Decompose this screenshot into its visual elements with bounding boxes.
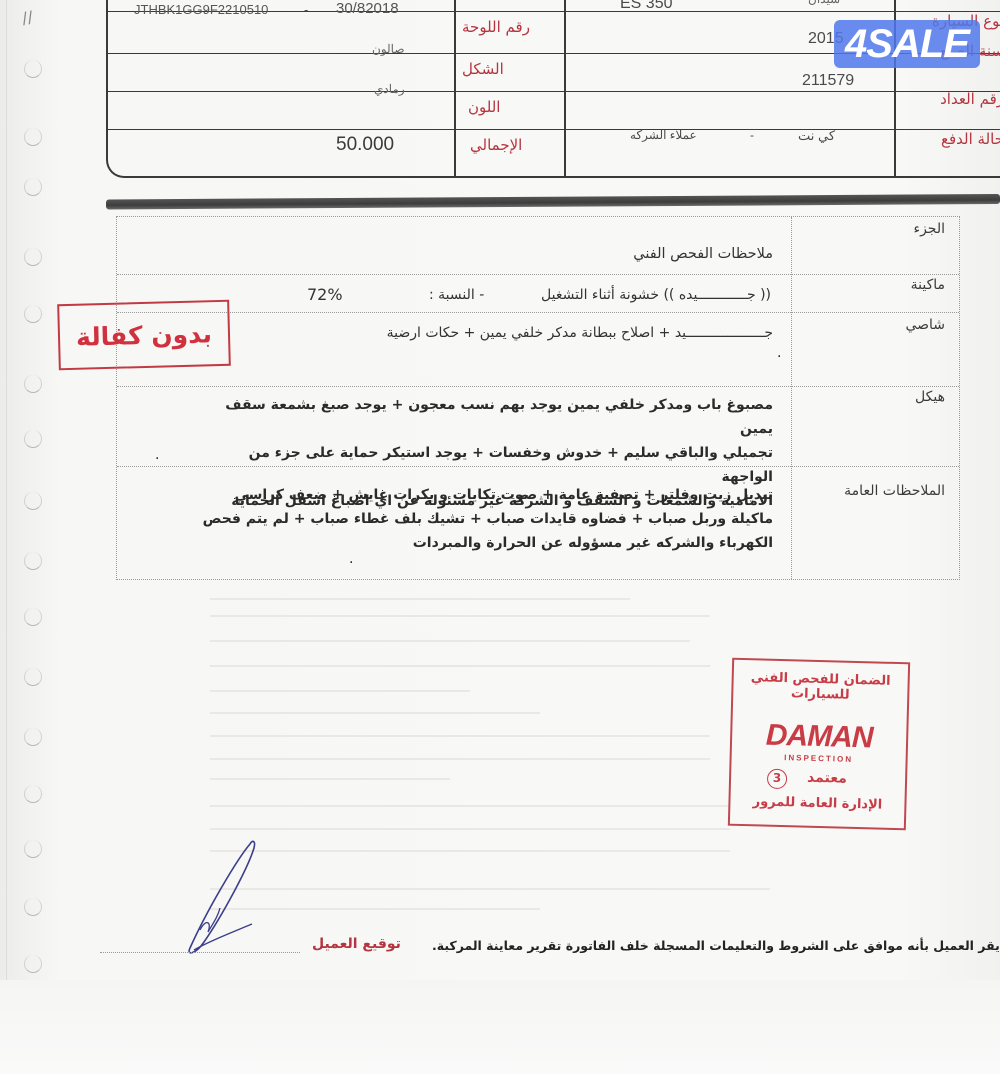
chassis-note: جـــــــــــــــــــيد + اصلاح ببطانة مد… (387, 321, 773, 345)
binder-hole (24, 840, 42, 858)
daman-logo: DAMAN (732, 718, 907, 757)
page-edge (6, 0, 7, 1074)
binder-hole (24, 430, 42, 448)
customer-type-value: عملاء الشركه (630, 128, 697, 142)
part-chassis: شاصي (905, 317, 945, 333)
label-shape: الشكل (462, 60, 504, 78)
label-total: الإجمالي (470, 136, 522, 154)
part-body: هيكل (915, 389, 945, 405)
daman-inspection-stamp: الضمان للفحص الفني للسيارات DAMAN INSPEC… (728, 658, 910, 831)
vin-separator: - (304, 2, 308, 17)
separator: - (750, 128, 754, 142)
general-trail: . (349, 551, 353, 567)
agreement-text: يقر العميل بأنه موافق على الشروط والتعلي… (432, 938, 1000, 953)
engine-ratio: 72% (307, 283, 343, 307)
engine-note: (( جــــــــــــيده )) خشونة أثناء التشغ… (541, 283, 771, 307)
label-color: اللون (468, 98, 500, 116)
header-notes: ملاحظات الفحص الفني (633, 242, 773, 266)
binder-hole (24, 128, 42, 146)
payment-method-value: كي نت (798, 128, 835, 144)
binder-hole (24, 668, 42, 686)
color-value: رمادي (374, 82, 405, 96)
binder-hole (24, 178, 42, 196)
binder-hole (24, 552, 42, 570)
inspection-table: الجزء ملاحظات الفحص الفني ماكينة (( جـــ… (116, 216, 960, 580)
odometer-value: 211579 (802, 72, 854, 90)
pen-mark: // (20, 7, 34, 28)
car-body-type-value: سيدان (808, 0, 840, 6)
binder-hole (24, 60, 42, 78)
binder-hole (24, 492, 42, 510)
customer-signature-label: توقيع العميل (312, 936, 401, 952)
label-plate-number: رقم اللوحة (462, 18, 530, 36)
general-notes: تبديل زيت وفلتر + تصفية عامة + صوت تكايا… (173, 483, 773, 555)
chassis-trail: . (777, 345, 781, 361)
binder-hole (24, 375, 42, 393)
customer-signature (178, 838, 268, 958)
label-payment-status: حالة الدفع (941, 130, 1000, 148)
label-odometer: رقم العداد (940, 90, 1000, 108)
binder-hole (24, 955, 42, 973)
document-page: // نوع السيارة سنة الصنع رقم العداد (0, 0, 1000, 1074)
binder-hole (24, 898, 42, 916)
4sale-watermark: 4SALE (834, 20, 980, 68)
binder-hole (24, 728, 42, 746)
header-part: الجزء (914, 221, 946, 237)
part-general-notes: الملاحظات العامة (844, 483, 945, 499)
car-model-value: ES 350 (620, 0, 672, 13)
binder-hole (24, 305, 42, 323)
shape-value: صالون (372, 42, 405, 56)
binder-hole (24, 785, 42, 803)
plate-value: 30/82018 (336, 0, 399, 17)
engine-ratio-label: - النسبة : (429, 283, 484, 307)
section-divider (106, 194, 1000, 209)
no-warranty-stamp: بدون كفالة (57, 300, 231, 370)
vin-value: JTHBK1GG9F2210510 (134, 2, 268, 17)
binder-hole (24, 248, 42, 266)
part-engine: ماكينة (911, 277, 945, 293)
body-trail: . (155, 447, 159, 463)
total-value: 50.000 (336, 134, 394, 156)
signature-line (100, 952, 300, 953)
binder-hole (24, 608, 42, 626)
